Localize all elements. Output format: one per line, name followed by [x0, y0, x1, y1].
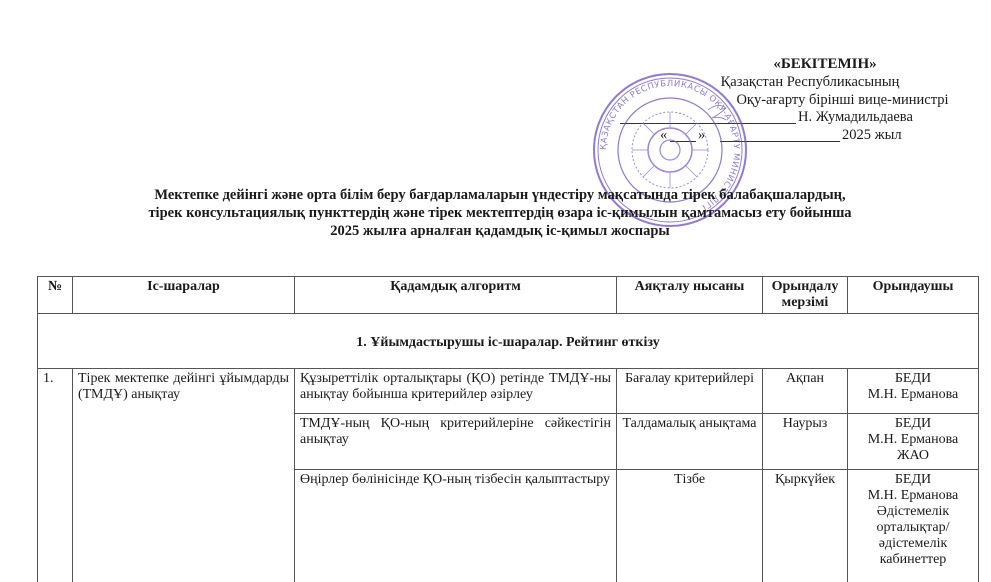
executor-line: кабинеттер — [853, 552, 973, 568]
date-close-quote: » — [698, 127, 705, 144]
algorithm-cell: Өңірлер бөлінісінде ҚО-ның тізбесін қалы… — [295, 470, 617, 582]
signature-row: Н. Жумадильдаева — [620, 109, 990, 127]
header-activities: Іс-шаралар — [73, 277, 295, 314]
completion-form-cell: Талдамалық анықтама — [617, 414, 763, 470]
executor-line: М.Н. Ерманова — [853, 488, 973, 504]
deadline-cell: Қыркүйек — [763, 470, 848, 582]
executor-cell: БЕДИ М.Н. Ерманова ЖАО — [848, 414, 979, 470]
deadline-cell: Ақпан — [763, 369, 848, 414]
executor-cell: БЕДИ М.Н. Ерманова — [848, 369, 979, 414]
title-line-1: Мектепке дейінгі және орта білім беру ба… — [60, 186, 940, 204]
executor-line: ЖАО — [853, 448, 973, 464]
executor-line: БЕДИ — [853, 472, 973, 488]
executor-line: орталықтар/ — [853, 520, 973, 536]
executor-line: БЕДИ — [853, 371, 973, 387]
action-plan-table: № Іс-шаралар Қадамдық алгоритм Аяқталу н… — [37, 276, 979, 582]
executor-line: әдістемелік — [853, 536, 973, 552]
date-row: « » 2025 жыл — [620, 127, 990, 145]
table-row: 1. Тірек мектепке дейінгі ұйымдарды (ТМД… — [38, 369, 979, 414]
executor-line: Әдістемелік — [853, 504, 973, 520]
approval-org: Қазақстан Республикасының — [630, 73, 990, 91]
table-header-row: № Іс-шаралар Қадамдық алгоритм Аяқталу н… — [38, 277, 979, 314]
executor-cell: БЕДИ М.Н. Ерманова Әдістемелік орталықта… — [848, 470, 979, 582]
algorithm-cell: ТМДҰ-ның ҚО-ның критерийлеріне сәйкестіг… — [295, 414, 617, 470]
completion-form-cell: Бағалау критерийлері — [617, 369, 763, 414]
approval-title: «БЕКІТЕМІН» — [660, 55, 990, 73]
executor-line: БЕДИ — [853, 416, 973, 432]
algorithm-cell: Құзыреттілік орталықтары (ҚО) ретінде ТМ… — [295, 369, 617, 414]
date-day-blank — [670, 141, 696, 142]
title-line-3: 2025 жылға арналған қадамдық іс-қимыл жо… — [60, 222, 940, 240]
executor-line: М.Н. Ерманова — [853, 432, 973, 448]
deadline-cell: Наурыз — [763, 414, 848, 470]
row-number: 1. — [38, 369, 73, 582]
approval-block: «БЕКІТЕМІН» Қазақстан Республикасының Оқ… — [600, 55, 990, 109]
header-executor: Орындаушы — [848, 277, 979, 314]
approval-year: 2025 жыл — [842, 127, 902, 144]
header-deadline: Орындалу мерзімі — [763, 277, 848, 314]
activity-cell: Тірек мектепке дейінгі ұйымдарды (ТМДҰ) … — [73, 369, 295, 582]
signature-line — [620, 123, 796, 124]
approval-position: Оқу-ағарту бірінші вице-министрі — [695, 91, 990, 109]
completion-form-cell: Тізбе — [617, 470, 763, 582]
title-line-2: тірек консультациялық пункттердің және т… — [60, 204, 940, 222]
section-row: 1. Ұйымдастырушы іс-шаралар. Рейтинг өтк… — [38, 314, 979, 369]
date-month-blank — [720, 141, 840, 142]
signatory-name: Н. Жумадильдаева — [798, 109, 913, 126]
header-num: № — [38, 277, 73, 314]
executor-line: М.Н. Ерманова — [853, 387, 973, 403]
date-open-quote: « — [660, 127, 667, 144]
document-title: Мектепке дейінгі және орта білім беру ба… — [60, 186, 940, 240]
header-algorithm: Қадамдық алгоритм — [295, 277, 617, 314]
section-title: 1. Ұйымдастырушы іс-шаралар. Рейтинг өтк… — [38, 314, 979, 369]
header-completion-form: Аяқталу нысаны — [617, 277, 763, 314]
